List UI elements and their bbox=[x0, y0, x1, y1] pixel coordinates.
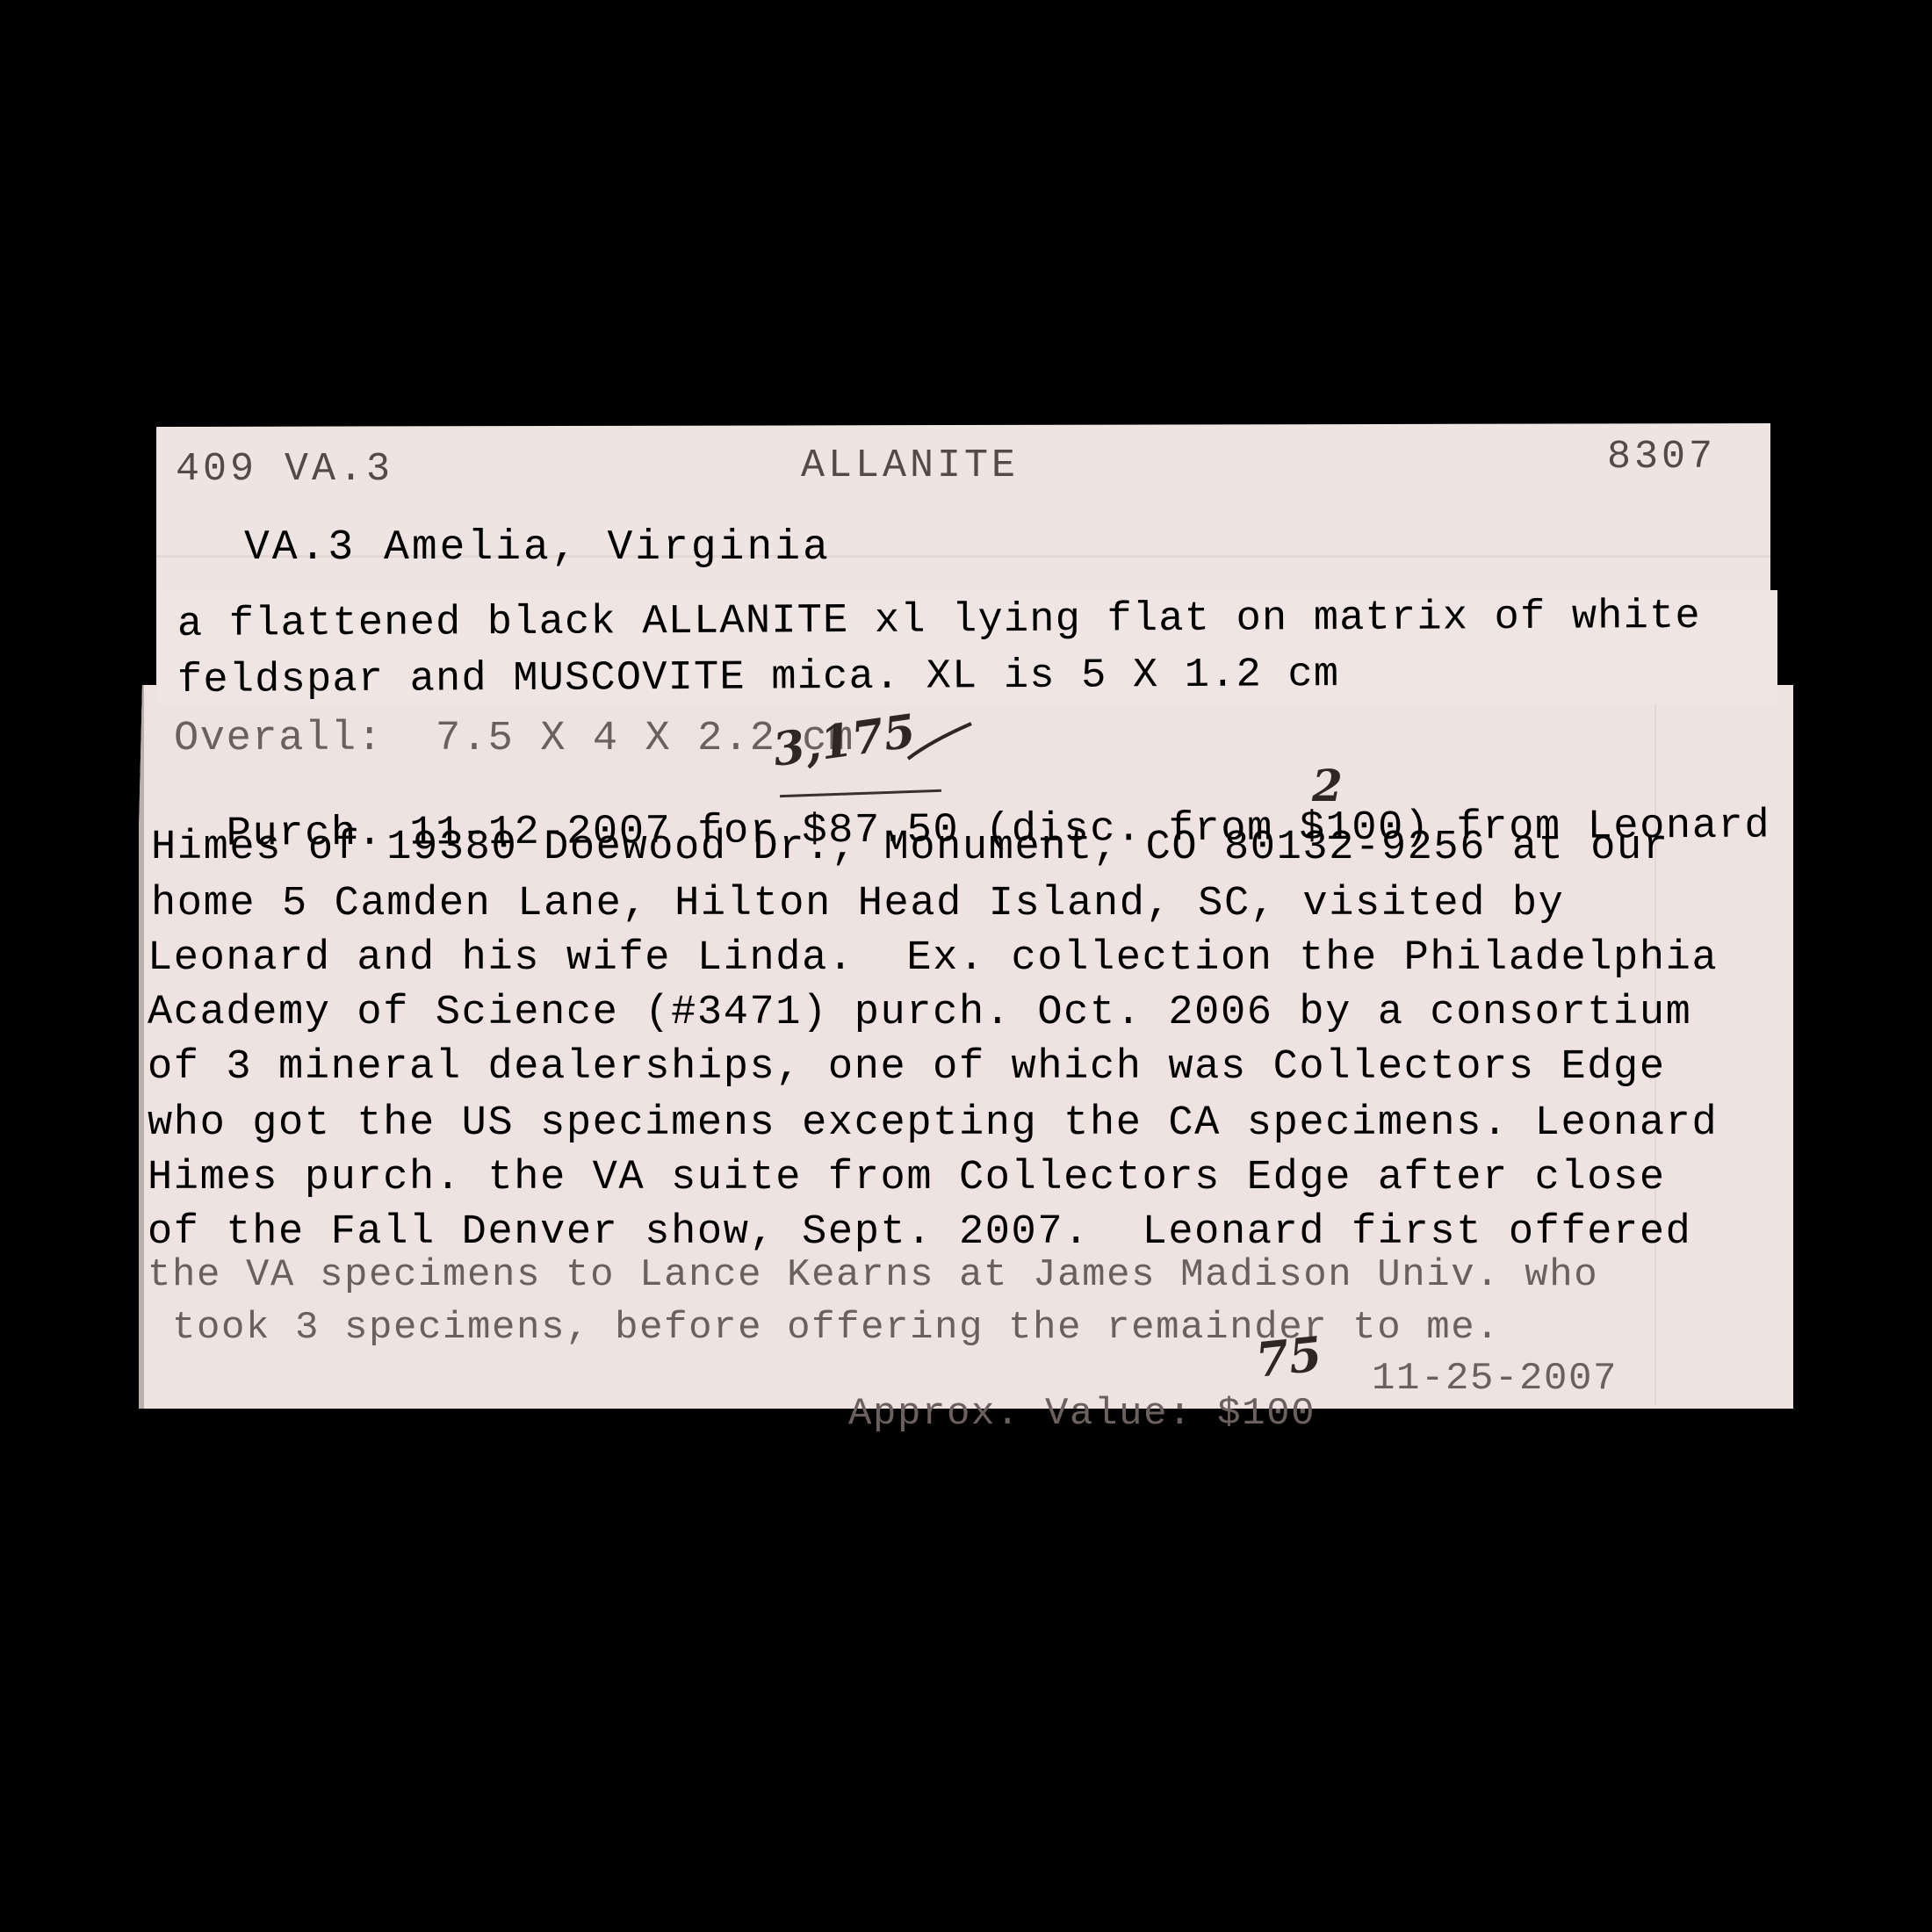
body-line: of 3 mineral dealerships, one of which w… bbox=[148, 1047, 1666, 1088]
body-line: Academy of Science (#3471) purch. Oct. 2… bbox=[148, 992, 1691, 1034]
approx-value-line: Approx. Value: $100 bbox=[799, 1356, 1316, 1433]
approx-value-label: Approx. Value: $1 bbox=[848, 1392, 1266, 1436]
handwritten-value-overwrite: 75 bbox=[1253, 1330, 1323, 1384]
description-line: a flattened black ALLANITE xl lying flat… bbox=[177, 596, 1701, 645]
description-line: feldspar and MUSCOVITE mica. XL is 5 X 1… bbox=[177, 654, 1339, 702]
approx-value-typed-digits: 00 bbox=[1266, 1392, 1316, 1436]
handwritten-check-mark bbox=[905, 720, 975, 764]
body-line: who got the US specimens excepting the C… bbox=[148, 1103, 1718, 1144]
handwritten-discount-overwrite: 2 bbox=[1312, 764, 1343, 808]
approx-value-date: 11-25-2007 bbox=[1372, 1359, 1618, 1398]
catalog-code: 409 VA.3 bbox=[176, 450, 393, 489]
specimen-number: 8307 bbox=[1607, 437, 1716, 477]
body-line: Himes purch. the VA suite from Collector… bbox=[148, 1157, 1666, 1199]
mineral-name: ALLANITE bbox=[801, 446, 1019, 486]
body-line: home 5 Camden Lane, Hilton Head Island, … bbox=[151, 883, 1564, 925]
locality: VA.3 Amelia, Virginia bbox=[244, 527, 831, 569]
body-line: Himes of 19380 Doewood Dr., Monument, CO… bbox=[151, 827, 1669, 869]
body-line: Leonard and his wife Linda. Ex. collecti… bbox=[148, 938, 1718, 979]
overall-size: Overall: 7.5 X 4 X 2.2 cm bbox=[174, 718, 854, 760]
body-line: of the Fall Denver show, Sept. 2007. Leo… bbox=[148, 1212, 1691, 1253]
body-line: the VA specimens to Lance Kearns at Jame… bbox=[148, 1256, 1598, 1294]
